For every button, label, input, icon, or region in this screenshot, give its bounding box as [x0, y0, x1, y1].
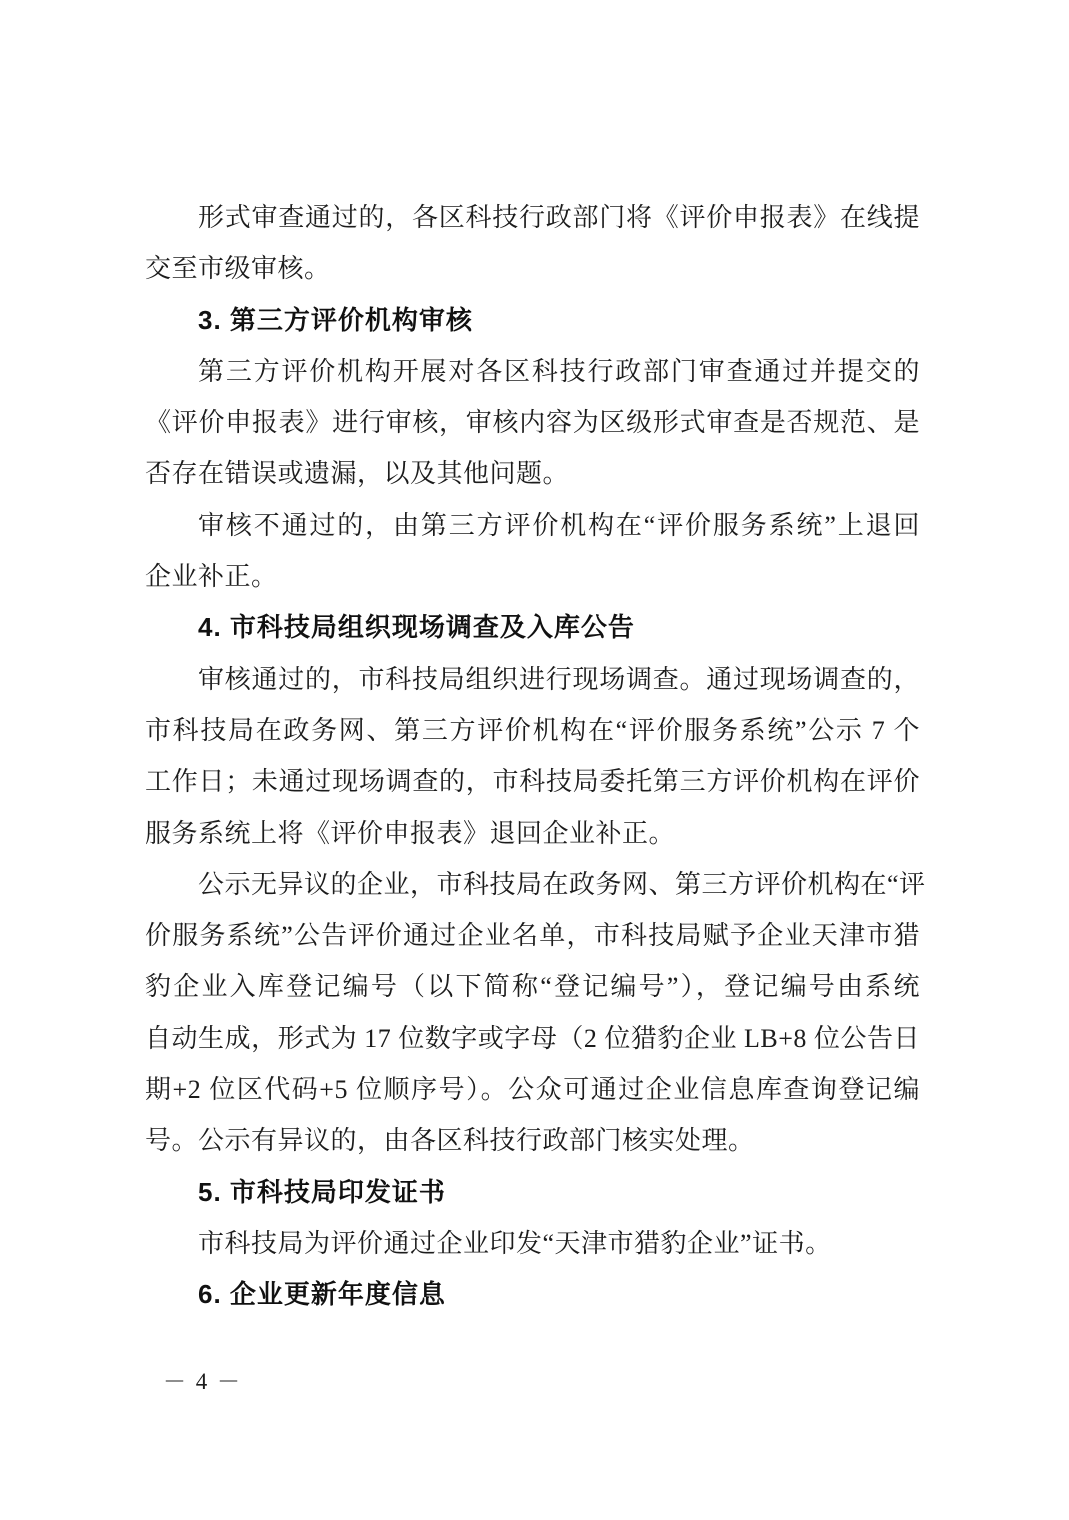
text-line: 工作日；未通过现场调查的，市科技局委托第三方评价机构在评价: [145, 756, 920, 807]
text-line: 《评价申报表》进行审核，审核内容为区级形式审查是否规范、是: [145, 397, 920, 448]
page-number: － 4 －: [163, 1367, 242, 1397]
section-heading: 6. 企业更新年度信息: [145, 1269, 920, 1320]
text-line: 号。公示有异议的，由各区科技行政部门核实处理。: [145, 1115, 920, 1166]
section-heading: 5. 市科技局印发证书: [145, 1167, 920, 1218]
text-line: 价服务系统”公告评价通过企业名单，市科技局赋予企业天津市猎: [145, 910, 920, 961]
text-line: 审核通过的，市科技局组织进行现场调查。通过现场调查的，: [145, 654, 920, 705]
text-line: 服务系统上将《评价申报表》退回企业补正。: [145, 808, 920, 859]
text-line: 自动生成，形式为 17 位数字或字母（2 位猎豹企业 LB+8 位公告日: [145, 1013, 920, 1064]
text-line: 交至市级审核。: [145, 243, 920, 294]
section-heading: 4. 市科技局组织现场调查及入库公告: [145, 602, 920, 653]
text-line: 豹企业入库登记编号（以下简称“登记编号”），登记编号由系统: [145, 961, 920, 1012]
text-line: 否存在错误或遗漏，以及其他问题。: [145, 448, 920, 499]
document-body: 形式审查通过的，各区科技行政部门将《评价申报表》在线提 交至市级审核。 3. 第…: [145, 192, 920, 1321]
text-line: 公示无异议的企业，市科技局在政务网、第三方评价机构在“评: [145, 859, 920, 910]
section-heading: 3. 第三方评价机构审核: [145, 295, 920, 346]
text-line: 企业补正。: [145, 551, 920, 602]
text-line: 市科技局在政务网、第三方评价机构在“评价服务系统”公示 7 个: [145, 705, 920, 756]
text-line: 形式审查通过的，各区科技行政部门将《评价申报表》在线提: [145, 192, 920, 243]
text-line: 审核不通过的，由第三方评价机构在“评价服务系统”上退回: [145, 500, 920, 551]
text-line: 期+2 位区代码+5 位顺序号）。公众可通过企业信息库查询登记编: [145, 1064, 920, 1115]
text-line: 第三方评价机构开展对各区科技行政部门审查通过并提交的: [145, 346, 920, 397]
document-page: 形式审查通过的，各区科技行政部门将《评价申报表》在线提 交至市级审核。 3. 第…: [0, 0, 1069, 1520]
text-line: 市科技局为评价通过企业印发“天津市猎豹企业”证书。: [145, 1218, 920, 1269]
